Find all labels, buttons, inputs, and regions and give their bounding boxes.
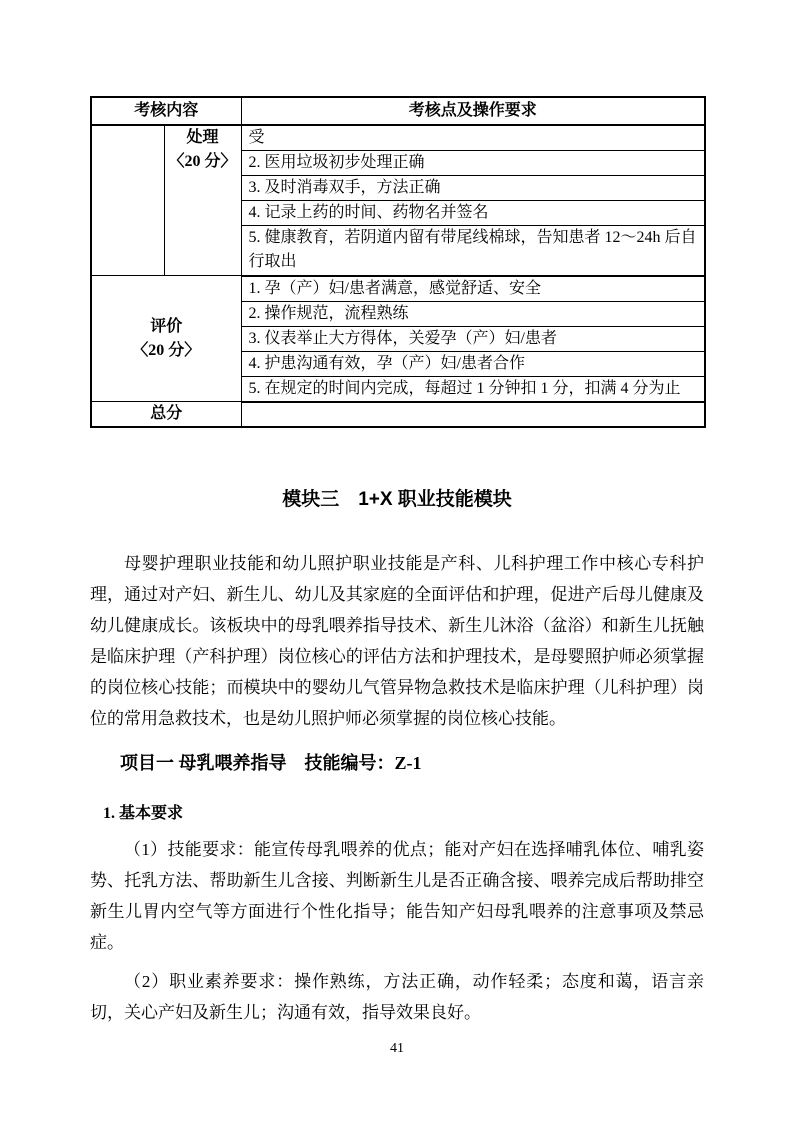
table-cell-item: 3. 仪表举止大方得体，关爱孕（产）妇/患者	[241, 326, 705, 351]
table-row: 处理 〈20 分〉 受	[91, 125, 705, 151]
section-label-pingjia: 评价 〈20 分〉	[91, 276, 241, 402]
table-row: 评价 〈20 分〉 1. 孕（产）妇/患者满意，感觉舒适、安全	[91, 276, 705, 302]
table-header-row: 考核内容 考核点及操作要求	[91, 97, 705, 125]
total-score-label: 总分	[91, 402, 241, 428]
assessment-table: 考核内容 考核点及操作要求 处理 〈20 分〉 受 2. 医用垃圾初步处理正确 …	[90, 96, 706, 428]
table-header-content: 考核内容	[91, 97, 241, 125]
table-cell-item: 2. 医用垃圾初步处理正确	[241, 151, 705, 176]
table-cell-item: 4. 记录上药的时间、药物名并签名	[241, 201, 705, 226]
table-cell-item: 2. 操作规范，流程熟练	[241, 301, 705, 326]
page-content: 考核内容 考核点及操作要求 处理 〈20 分〉 受 2. 医用垃圾初步处理正确 …	[90, 96, 704, 1058]
basic-requirements-heading: 1. 基本要求	[90, 802, 704, 826]
section-label-chuli: 处理 〈20 分〉	[164, 125, 241, 276]
table-cell-item: 1. 孕（产）妇/患者满意，感觉舒适、安全	[241, 276, 705, 302]
section-label-line2: 〈20 分〉	[92, 339, 241, 363]
table-cell-item: 5. 健康教育，若阴道内留有带尾线棉球，告知患者 12～24h 后自行取出	[241, 226, 705, 276]
module-heading: 模块三 1+X 职业技能模块	[90, 488, 704, 512]
page-number: 41	[90, 1040, 704, 1058]
intro-paragraph: 母婴护理职业技能和幼儿照护职业技能是产科、儿科护理工作中核心专科护理，通过对产妇…	[90, 548, 704, 734]
section-label-line2: 〈20 分〉	[165, 150, 241, 174]
skill-requirements-paragraph: （1）技能要求：能宣传母乳喂养的优点；能对产妇在选择哺乳体位、哺乳姿势、托乳方法…	[90, 834, 704, 958]
table-cell-item: 3. 及时消毒双手，方法正确	[241, 176, 705, 201]
table-cell-item: 5. 在规定的时间内完成，每超过 1 分钟扣 1 分，扣满 4 分为止	[241, 376, 705, 402]
table-total-row: 总分	[91, 402, 705, 428]
document-page: 考核内容 考核点及操作要求 处理 〈20 分〉 受 2. 医用垃圾初步处理正确 …	[0, 0, 793, 1122]
section-label-line1: 评价	[92, 315, 241, 339]
project-heading: 项目一 母乳喂养指导 技能编号：Z-1	[90, 750, 704, 776]
table-empty-subcolumn	[91, 125, 164, 276]
table-cell-item: 受	[241, 125, 705, 151]
table-header-requirements: 考核点及操作要求	[241, 97, 705, 125]
section-label-line1: 处理	[165, 126, 241, 150]
table-cell-item: 4. 护患沟通有效，孕（产）妇/患者合作	[241, 351, 705, 376]
total-score-value	[241, 402, 705, 428]
professional-quality-paragraph: （2）职业素养要求：操作熟练，方法正确，动作轻柔；态度和蔼，语言亲切，关心产妇及…	[90, 966, 704, 1028]
